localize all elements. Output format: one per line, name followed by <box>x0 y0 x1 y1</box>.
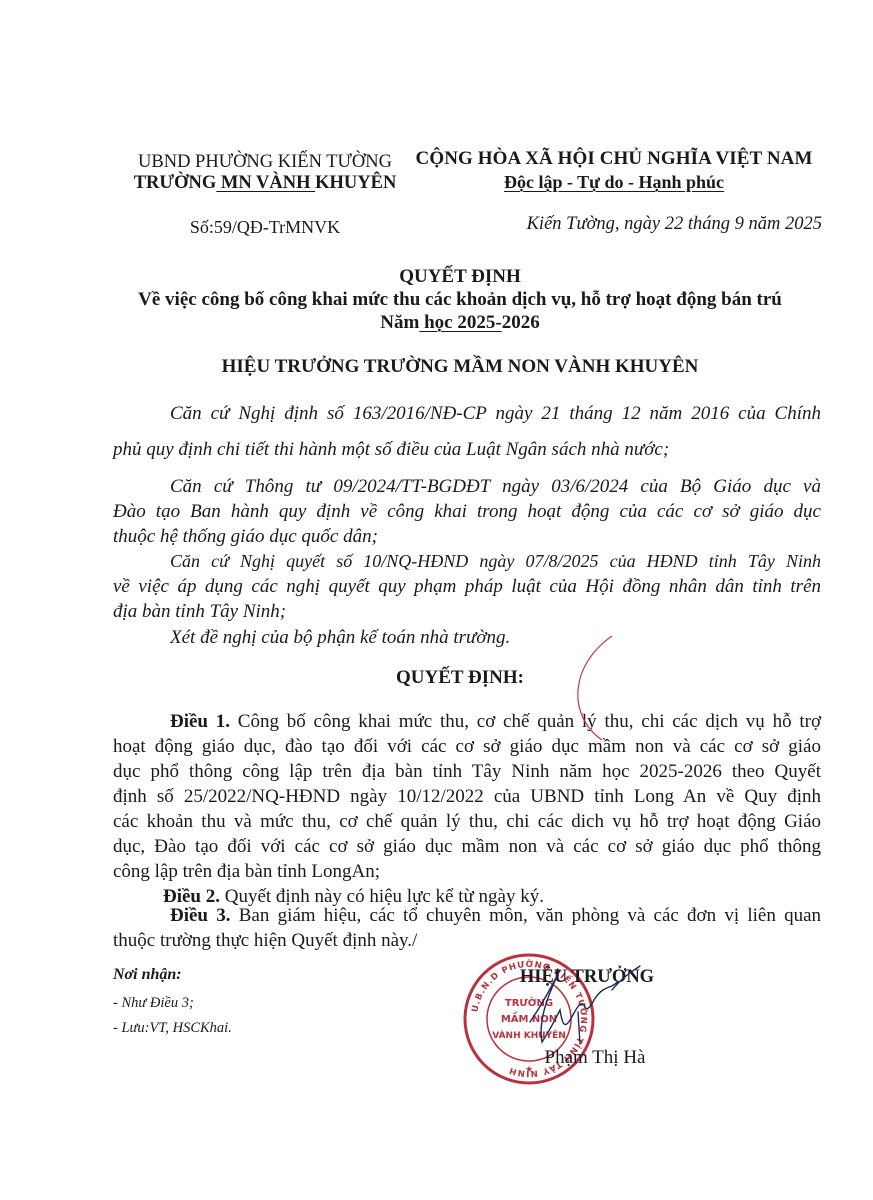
article-3-line-2: thuộc trường thực hiện Quyết định này./ <box>113 930 821 952</box>
school-prefix: TRƯỜNG <box>134 173 217 193</box>
preamble-2-line-1: Căn cứ Thông tư 09/2024/TT-BGDĐT ngày 03… <box>113 476 821 498</box>
preamble-3-line-3: địa bàn tỉnh Tây Ninh; <box>113 601 821 623</box>
preamble-3-line-1: Căn cứ Nghị quyết số 10/NQ-HĐND ngày 07/… <box>113 551 821 572</box>
recipient-item: - Như Điều 3; <box>113 995 194 1012</box>
article-1-line-5: các khoản thu và mức thu, cơ chế quản lý… <box>113 811 821 833</box>
preamble-2-line-3: thuộc hệ thống giáo dục quốc dân; <box>113 526 821 548</box>
school-underlined: MN VÀNH <box>216 173 315 193</box>
article-3-text: Ban giám hiệu, các tổ chuyên môn, văn ph… <box>231 905 822 926</box>
article-1-line-1: Điều 1. Công bố công khai mức thu, cơ ch… <box>113 711 821 733</box>
document-title: QUYẾT ĐỊNH <box>90 266 830 288</box>
place-date: Kiến Tường, ngày 22 tháng 9 năm 2025 <box>400 214 822 235</box>
article-3-label: Điều 3. <box>170 905 231 926</box>
article-1-line-3: dục phổ thông công lập trên địa bàn tỉnh… <box>113 761 821 783</box>
document-number: Số:59/QĐ-TrMNVK <box>90 217 440 238</box>
recipients-title: Nơi nhận: <box>113 966 182 984</box>
preamble-4-line-1: Xét đề nghị của bộ phận kế toán nhà trườ… <box>113 627 873 649</box>
signer-name: Phạm Thị Hà <box>520 1047 670 1069</box>
year-suffix: 2026 <box>502 312 540 333</box>
article-1-label: Điều 1. <box>170 711 230 732</box>
decision-heading: QUYẾT ĐỊNH: <box>90 667 830 689</box>
year-underlined: học 2025- <box>419 312 501 333</box>
article-3-line-1: Điều 3. Ban giám hiệu, các tổ chuyên môn… <box>113 905 821 927</box>
school-name: TRƯỜNG MN VÀNH KHUYÊN <box>90 173 440 194</box>
preamble-1-line-2: phủ quy định chi tiết thi hành một số đi… <box>113 439 821 461</box>
article-1-text: Công bố công khai mức thu, cơ chế quản l… <box>230 711 821 732</box>
article-2-text: Quyết định này có hiệu lực kể từ ngày ký… <box>220 886 544 907</box>
article-1-line-6: dục, Đào tạo đối với các cơ sở giáo dục … <box>113 836 821 858</box>
country-name: CỘNG HÒA XÃ HỘI CHỦ NGHĨA VIỆT NAM <box>400 148 828 170</box>
issuing-authority: HIỆU TRƯỞNG TRƯỜNG MẦM NON VÀNH KHUYÊN <box>90 356 830 378</box>
preamble-3-line-2: về việc áp dụng các nghị quyết quy phạm … <box>113 576 821 598</box>
handwritten-signature-icon <box>500 960 660 1050</box>
recipient-item: - Lưu:VT, HSCKhai. <box>113 1020 232 1037</box>
national-motto: Độc lập - Tự do - Hạnh phúc <box>400 172 828 193</box>
school-year: Năm học 2025-2026 <box>90 312 830 334</box>
issuing-agency: UBND PHƯỜNG KIẾN TƯỜNG <box>90 152 440 173</box>
school-suffix: KHUYÊN <box>315 173 396 193</box>
motto-text: Độc lập - Tự do - Hạnh phúc <box>504 172 724 192</box>
year-prefix: Năm <box>380 312 419 333</box>
red-pen-mark <box>572 632 642 742</box>
preamble-2-line-2: Đào tạo Ban hành quy định về công khai t… <box>113 501 821 523</box>
article-1-line-4: định số 25/2022/NQ-HĐND ngày 10/12/2022 … <box>113 786 821 808</box>
preamble-1-line-1: Căn cứ Nghị định số 163/2016/NĐ-CP ngày … <box>113 403 821 425</box>
article-2-label: Điều 2. <box>163 886 220 907</box>
article-1-line-2: hoạt động giáo dục, đào tạo đối với các … <box>113 736 821 758</box>
article-1-line-7: công lập trên địa bàn tỉnh LongAn; <box>113 861 821 883</box>
document-subject: Về việc công bố công khai mức thu các kh… <box>90 289 830 311</box>
